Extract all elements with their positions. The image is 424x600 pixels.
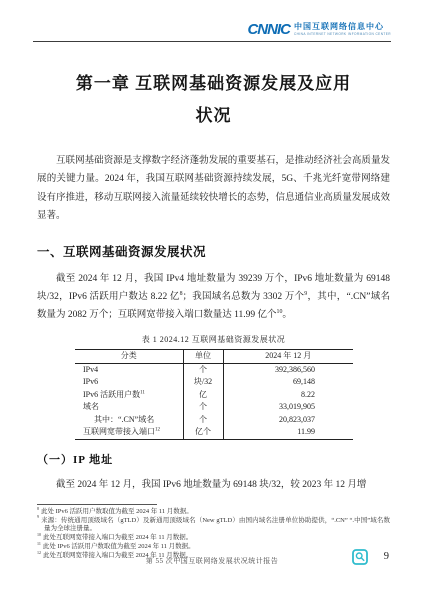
page-header: CNNIC 中国互联网络信息中心 CHINA INTERNET NETWORK … [0,0,424,42]
row-label: IPv6 [75,376,183,389]
row-label: 互联网宽带接入端口12 [75,426,183,439]
footnotes: 8此处 IPv6 活跃用户数取值为截至 2024 年 11 月数据。 9来源：传… [37,508,390,561]
chapter-title-line1: 第一章 互联网基础资源发展及应用 [37,68,390,100]
cnnic-logo-names: 中国互联网络信息中心 CHINA INTERNET NETWORK INFORM… [294,23,391,36]
footnote: 9来源：传统通用顶级域名（gTLD）及新通用顶级域名（New gTLD）由国内域… [37,517,390,535]
footnote-separator [37,504,157,505]
page-content: 第一章 互联网基础资源发展及应用 状况 互联网基础资源是支撑数字经济蓬勃发展的重… [37,42,390,561]
row-unit: 个 [183,401,223,414]
footnote: 10此处互联网宽带接入端口为截至 2024 年 11 月数据。 [37,534,390,543]
report-page: CNNIC 中国互联网络信息中心 CHINA INTERNET NETWORK … [0,0,424,600]
section-paragraph: 截至 2024 年 12 月，我国 IPv4 地址数量为 39239 万个，IP… [37,270,390,325]
row-value: 11.99 [223,426,353,439]
cnnic-logo-acronym: CNNIC [247,22,290,37]
table-row: 域名 个 33,019,905 [75,401,353,414]
row-unit: 个 [183,414,223,427]
table-row: IPv4 个 392,386,560 [75,363,353,376]
row-label: 域名 [75,401,183,414]
row-value: 20,823,037 [223,414,353,427]
footnote: 8此处 IPv6 活跃用户数取值为截至 2024 年 11 月数据。 [37,508,390,517]
table-header-row: 分类 单位 2024 年 12 月 [75,350,353,364]
section-heading: 一、互联网基础资源发展状况 [37,242,390,260]
table-caption: 表 1 2024.12 互联网基础资源发展状况 [37,334,390,345]
cnnic-logo-english-name: CHINA INTERNET NETWORK INFORMATION CENTE… [294,33,391,36]
page-number: 9 [384,551,389,562]
table-header-category: 分类 [75,350,183,364]
row-unit: 亿个 [183,426,223,439]
subsection-heading: （一）IP 地址 [37,451,390,467]
row-label: 其中：“.CN”域名 [75,414,183,427]
table-row: IPv6 块/32 69,148 [75,376,353,389]
table-row: 互联网宽带接入端口12 亿个 11.99 [75,426,353,439]
chapter-title-line2: 状况 [37,100,390,132]
row-unit: 亿 [183,389,223,402]
resource-table: 分类 单位 2024 年 12 月 IPv4 个 392,386,560 IPv… [75,349,353,440]
row-label: IPv4 [75,363,183,376]
cnnic-logo: CNNIC 中国互联网络信息中心 CHINA INTERNET NETWORK … [247,22,391,37]
row-label: IPv6 活跃用户数11 [75,389,183,402]
chapter-title: 第一章 互联网基础资源发展及应用 状况 [37,68,390,132]
row-value: 33,019,905 [223,401,353,414]
table-row: 其中：“.CN”域名 个 20,823,037 [75,414,353,427]
intro-paragraph: 互联网基础资源是支撑数字经济蓬勃发展的重要基石，是推动经济社会高质量发展的关键力… [37,152,390,226]
row-unit: 块/32 [183,376,223,389]
row-value: 392,386,560 [223,363,353,376]
magnifier-document-icon [352,549,368,565]
row-value: 69,148 [223,376,353,389]
report-logo-icon [352,549,368,565]
cnnic-logo-chinese-name: 中国互联网络信息中心 [294,23,391,31]
table-header-unit: 单位 [183,350,223,364]
subsection-paragraph: 截至 2024 年 12 月，我国 IPv6 地址数量为 69148 块/32，… [37,476,390,494]
table-header-value: 2024 年 12 月 [223,350,353,364]
row-value: 8.22 [223,389,353,402]
table-row: IPv6 活跃用户数11 亿 8.22 [75,389,353,402]
row-unit: 个 [183,363,223,376]
footnote: 11此处 IPv6 活跃用户数取值为截至 2024 年 11 月数据。 [37,543,390,552]
